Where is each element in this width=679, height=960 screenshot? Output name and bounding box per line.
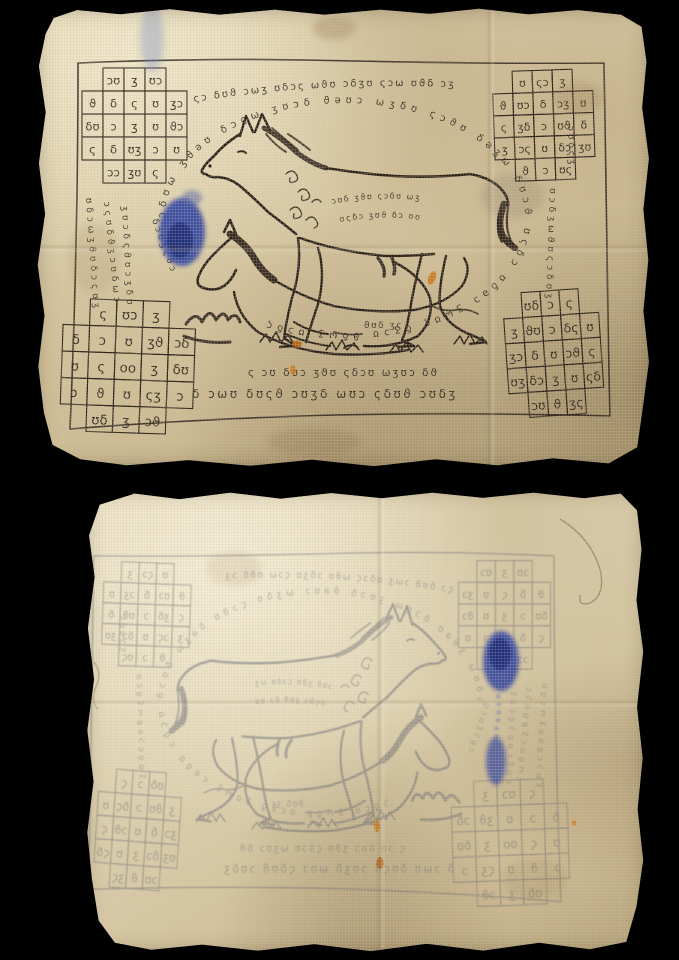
blue-drip-trail [496,695,499,741]
orange-fleck [292,341,302,348]
orange-fleck [572,821,577,826]
orange-fleck [377,857,384,869]
photo-of-yantra-cloths: ɔʊʒʊɔϑδςʊʒɔδʊɔʒʊϑɔςδʊʒɔʊɔɔʒʊς ʊςɔʒϑʊɔδɔʒ… [0,0,679,960]
back-art [84,489,646,953]
cloth-back [84,489,646,953]
brown-age-stain [312,16,356,40]
cloth-front [34,6,652,468]
front-artwork-print [59,59,610,435]
brown-age-stain [206,551,262,587]
orange-fleck [426,270,437,286]
front-art [34,6,652,468]
brown-age-stain [502,859,566,899]
orange-fleck [374,820,380,832]
brown-age-stain [555,82,603,114]
blue-smudge [182,190,202,206]
brown-age-stain [268,428,360,456]
blue-ink-blob-small [486,737,506,785]
blue-ink-blob-core [489,638,511,670]
loose-thread [560,519,602,604]
blue-ink-blob-core [167,222,193,258]
orange-fleck [290,365,296,375]
gray-smudge [480,174,544,218]
blue-wash-stain [140,6,164,72]
brown-age-stain [68,224,120,292]
